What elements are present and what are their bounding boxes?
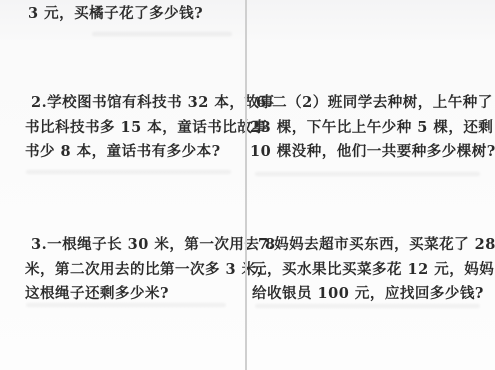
problem-6: 6.二（2）班同学去种树，上午种了 23 棵，下午比上午少种 5 棵，还剩 10… (250, 91, 495, 165)
problem-7: 7.妈妈去超市买东西，买菜花了 28 元，买水果比买菜多花 12 元，妈妈 给收… (252, 233, 495, 307)
problem-2: 2.学校图书馆有科技书 32 本，故事 书比科技书多 15 本，童话书比故事 书… (25, 91, 274, 165)
scan-artifact (26, 170, 231, 174)
scan-artifact (26, 303, 226, 307)
problem-text-line: 米，第二次用去的比第一次多 3 米， (25, 258, 276, 283)
column-divider (245, 0, 247, 370)
problem-text-line: 书比科技书多 15 本，童话书比故事 (25, 116, 274, 141)
problem-text-line: 23 棵，下午比上午少种 5 棵，还剩 (250, 116, 495, 141)
problem-text-line: 给收银员 100 元，应找回多少钱? (252, 282, 495, 307)
problem-text-line: 6.二（2）班同学去种树，上午种了 (250, 91, 495, 116)
scan-artifact (255, 172, 480, 176)
problem-text-line: 3.一根绳子长 30 米，第一次用去 8 (25, 233, 276, 258)
problem-text-line: 书少 8 本，童话书有多少本? (25, 140, 274, 165)
problem-text-line: 3 元，买橘子花了多少钱? (28, 2, 203, 27)
scan-artifact (92, 32, 232, 36)
problem-text-line: 7.妈妈去超市买东西，买菜花了 28 (252, 233, 495, 258)
scan-artifact (255, 304, 480, 308)
problem-1-continuation: 3 元，买橘子花了多少钱? (28, 2, 203, 27)
problem-text-line: 2.学校图书馆有科技书 32 本，故事 (25, 91, 274, 116)
problem-text-line: 元，买水果比买菜多花 12 元，妈妈 (252, 258, 495, 283)
problem-text-line: 10 棵没种，他们一共要种多少棵树? (250, 140, 495, 165)
worksheet-page: 3 元，买橘子花了多少钱? 2.学校图书馆有科技书 32 本，故事 书比科技书多… (0, 0, 495, 370)
problem-3: 3.一根绳子长 30 米，第一次用去 8 米，第二次用去的比第一次多 3 米， … (25, 233, 276, 307)
